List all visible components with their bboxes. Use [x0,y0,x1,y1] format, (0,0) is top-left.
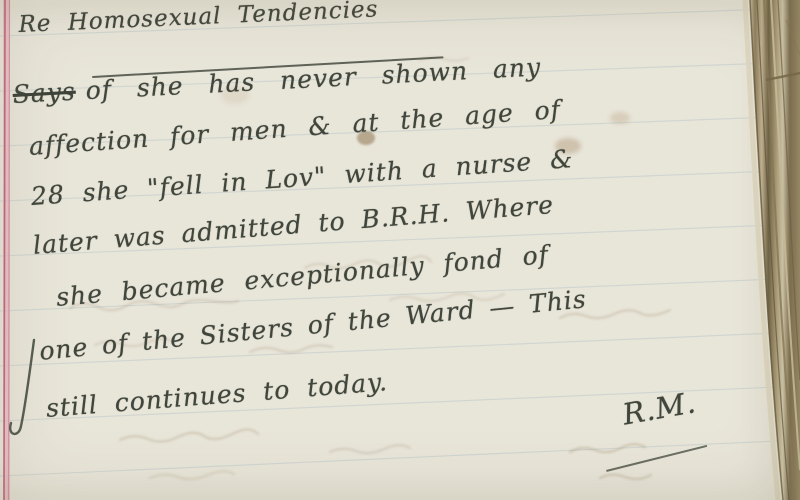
notebook-page-photo: Re Homosexual Tendencies Saysof she has … [0,0,800,500]
struck-word: Says [12,77,76,109]
margin-rule [3,0,10,500]
